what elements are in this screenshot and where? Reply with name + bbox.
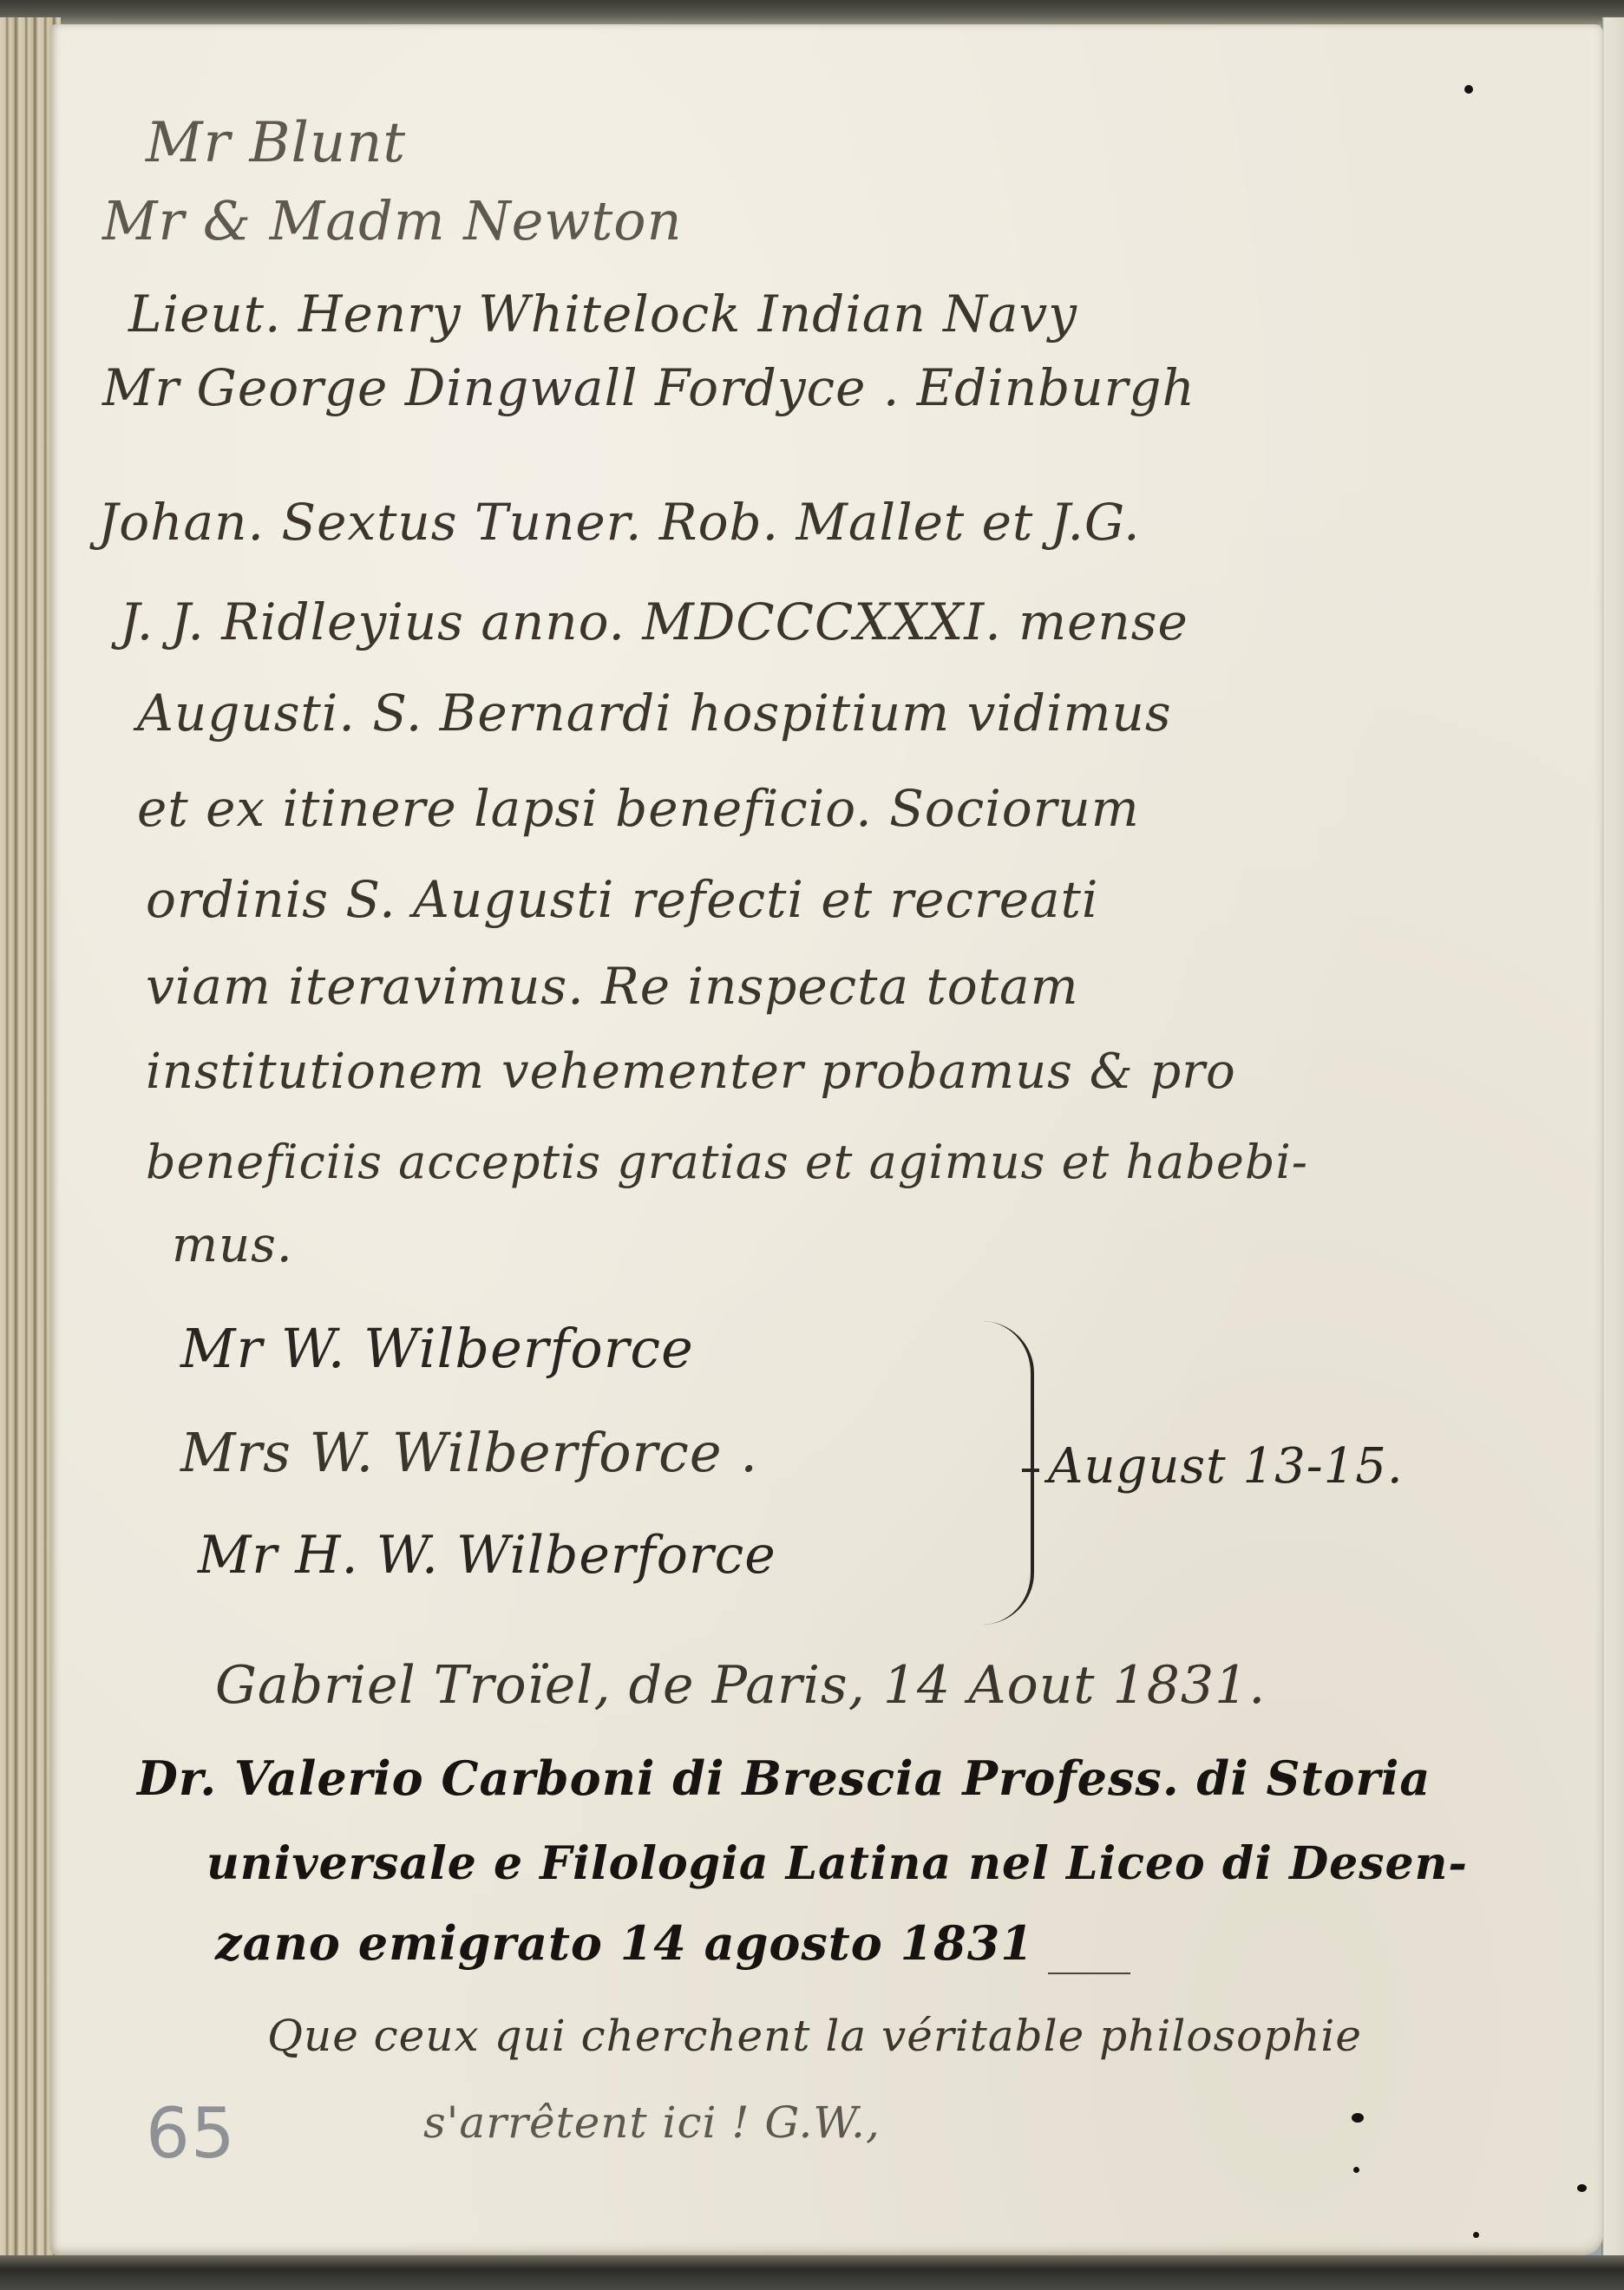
latin-line-6: viam iteravimus. Re inspecta totam (146, 957, 1079, 1016)
book-cover-bottom-edge (0, 2255, 1624, 2290)
latin-line-2: J. J. Ridleyius anno. MDCCCXXXI. mense (120, 592, 1189, 651)
document-scan: Mr Blunt Mr & Madm Newton Lieut. Henry W… (0, 0, 1624, 2290)
ink-spot (1352, 2113, 1364, 2123)
french-line-2: s'arrêtent ici ! G.W., (423, 2097, 881, 2148)
ink-spot (1577, 2184, 1587, 2192)
wilberforce-visit-date: August 13-15. (1048, 1438, 1404, 1495)
book-cover-top-edge (0, 0, 1624, 24)
underline-stroke (1048, 1973, 1130, 1974)
pencil-page-number: 65 (146, 2093, 236, 2174)
ink-spot (1473, 2232, 1479, 2238)
entry-whitelock: Lieut. Henry Whitelock Indian Navy (128, 285, 1077, 343)
grouping-brace-tip (1022, 1469, 1039, 1472)
ink-spot (1464, 85, 1473, 94)
carboni-line-2: universale e Filologia Latina nel Liceo … (206, 1837, 1468, 1890)
wilberforce-name-2: Mrs W. Wilberforce . (180, 1421, 758, 1484)
latin-line-3: Augusti. S. Bernardi hospitium vidimus (137, 684, 1172, 743)
entry-blunt: Mr Blunt (146, 111, 406, 175)
entry-fordyce: Mr George Dingwall Fordyce . Edinburgh (102, 358, 1195, 417)
carboni-line-3: zano emigrato 14 agosto 1831 (215, 1915, 1034, 1971)
french-line-1: Que ceux qui cherchent la véritable phil… (267, 2011, 1362, 2061)
register-page: Mr Blunt Mr & Madm Newton Lieut. Henry W… (50, 24, 1603, 2255)
ink-spot (1353, 2167, 1359, 2173)
latin-line-8: beneficiis acceptis gratias et agimus et… (146, 1135, 1308, 1189)
latin-line-7: institutionem vehementer probamus & pro (146, 1044, 1236, 1100)
wilberforce-name-1: Mr W. Wilberforce (180, 1317, 694, 1380)
latin-line-5: ordinis S. Augusti refecti et recreati (146, 870, 1098, 929)
latin-line-9: mus. (172, 1217, 293, 1273)
wilberforce-name-3: Mr H. W. Wilberforce (198, 1525, 776, 1586)
grouping-brace (970, 1321, 1034, 1625)
latin-line-4: et ex itinere lapsi beneficio. Sociorum (137, 779, 1140, 838)
latin-line-1: Johan. Sextus Tuner. Rob. Mallet et J.G. (98, 493, 1141, 552)
entry-troiel: Gabriel Troïel, de Paris, 14 Aout 1831. (215, 1655, 1266, 1716)
carboni-line-1: Dr. Valerio Carboni di Brescia Profess. … (137, 1750, 1431, 1806)
entry-newton: Mr & Madm Newton (102, 189, 683, 252)
page-stack-right-edge (1601, 17, 1624, 2255)
